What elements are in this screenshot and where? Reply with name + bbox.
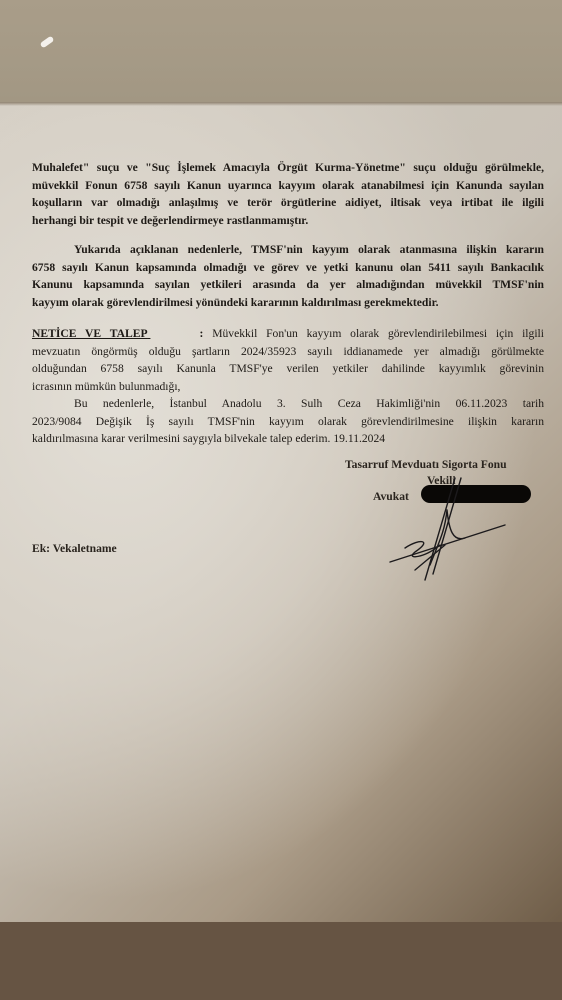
text-line: Bu nedenlerle, İstanbul Anadolu 3. Sulh … bbox=[32, 395, 544, 413]
text-span: Müvekkil Fon'un kayyım olarak görevlendi… bbox=[212, 327, 544, 340]
text-line: 2023/9084 Değişik İş sayılı TMSF'nin kay… bbox=[32, 413, 544, 431]
paper-top-edge bbox=[0, 102, 562, 106]
text-line: mevzuatın öngörmüş olduğu şartların 2024… bbox=[32, 343, 544, 361]
annex-label: Ek: Vekaletname bbox=[32, 542, 117, 555]
paragraph-conclusion-findings: Muhalefet" suçu ve "Suç İşlemek Amacıyla… bbox=[32, 159, 544, 229]
table-surface bbox=[0, 922, 562, 1000]
background-wall bbox=[0, 0, 562, 102]
text-line: olduğundan 6758 sayılı Kanunla TMSF'ye v… bbox=[32, 360, 544, 378]
text-line: Kanunu kapsamında sayılan yetkileri aras… bbox=[32, 276, 544, 294]
text-line: icrasının mümkün bulunmadığı, bbox=[32, 378, 544, 396]
text-line: koşulların var olmadığı anlaşılmış ve te… bbox=[32, 194, 544, 212]
text-line: Yukarıda açıklanan nedenlerle, TMSF'nin … bbox=[32, 241, 544, 259]
paragraph-reasoning: Yukarıda açıklanan nedenlerle, TMSF'nin … bbox=[32, 241, 544, 311]
text-line: 6758 sayılı Kanun kapsamında olmadığı ve… bbox=[32, 259, 544, 277]
heading-separator: : bbox=[200, 327, 204, 340]
section-heading: NETİCE VE TALEP bbox=[32, 327, 148, 340]
section-netice-ve-talep: NETİCE VE TALEP : Müvekkil Fon'un kayyım… bbox=[32, 325, 544, 448]
heading-underline-spacer bbox=[148, 325, 200, 343]
text-line: Muhalefet" suçu ve "Suç İşlemek Amacıyla… bbox=[32, 159, 544, 177]
text-line: NETİCE VE TALEP : Müvekkil Fon'un kayyım… bbox=[32, 325, 544, 343]
text-line: kayyım olarak görevlendirilmesi yönündek… bbox=[32, 294, 544, 312]
text-line: müvekkil Fonun 6758 sayılı Kanun uyarınc… bbox=[32, 177, 544, 195]
text-line: kaldırılmasına karar verilmesini saygıyl… bbox=[32, 430, 544, 448]
text-line: herhangi bir tespit ve değerlendirmeye r… bbox=[32, 212, 544, 230]
handwritten-signature-icon bbox=[385, 470, 525, 590]
